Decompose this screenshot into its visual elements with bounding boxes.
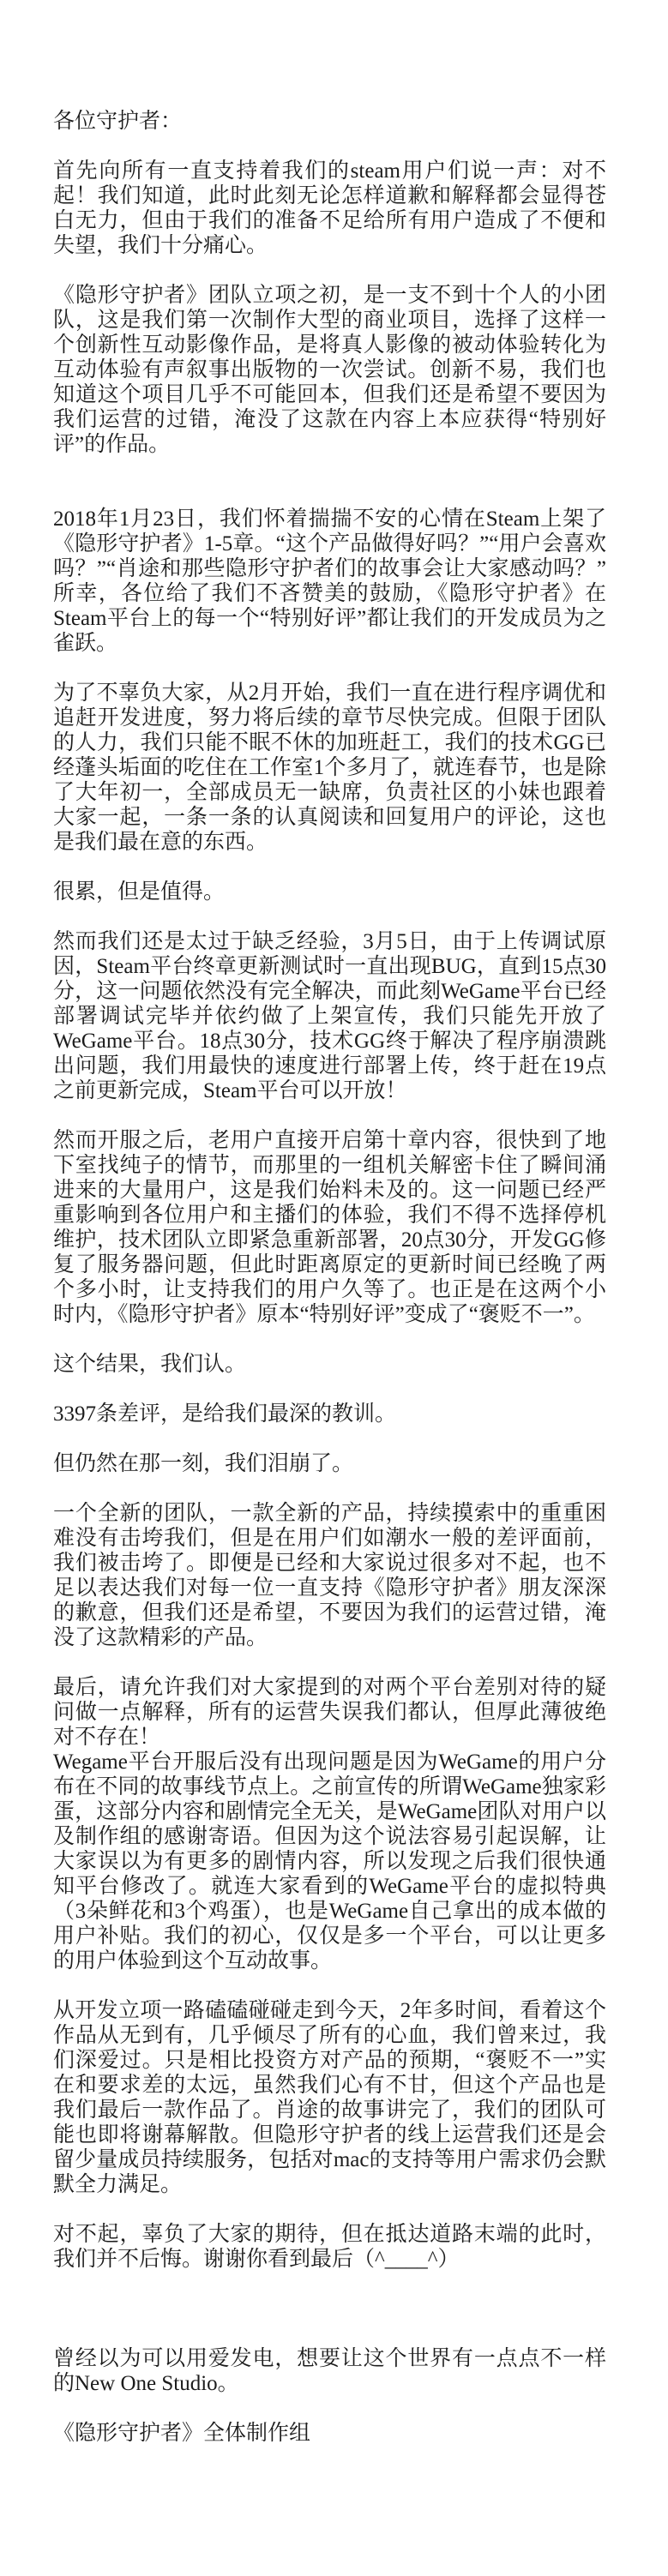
paragraph-team-origin: 《隐形守护者》团队立项之初，是一支不到十个人的小团队，这是我们第一次制作大型的商… (53, 283, 606, 457)
paragraph-platform-explanation: 最后，请允许我们对大家提到的对两个平台差别对待的疑问做一点解释，所有的运营失误我… (53, 1675, 606, 1973)
paragraph-we-cried: 但仍然在那一刻，我们泪崩了。 (53, 1451, 606, 1476)
studio-signature: 曾经以为可以用爱发电，想要让这个世界有一点点不一样的New One Studio… (53, 2346, 606, 2396)
team-signature: 《隐形守护者》全体制作组 (53, 2421, 606, 2446)
paragraph-we-accept: 这个结果，我们认。 (53, 1352, 606, 1377)
paragraph-steam-launch: 2018年1月23日，我们怀着揣揣不安的心情在Steam上架了《隐形守护者》1-… (53, 507, 606, 656)
paragraph-server-issue: 然而开服之后，老用户直接开启第十章内容，很快到了地下室找纯子的情节，而那里的一组… (53, 1128, 606, 1327)
paragraph-update-bug: 然而我们还是太过于缺乏经验，3月5日，由于上传调试原因，Steam平台终章更新测… (53, 929, 606, 1103)
paragraph-worth-it: 很累，但是值得。 (53, 880, 606, 904)
closing-thanks: 对不起，辜负了大家的期待，但在抵达道路末端的此时，我们并不后悔。谢谢你看到最后（… (53, 2222, 606, 2272)
salutation: 各位守护者： (53, 109, 606, 134)
paragraph-negative-reviews-count: 3397条差评，是给我们最深的教训。 (53, 1402, 606, 1426)
paragraph-overwhelmed: 一个全新的团队，一款全新的产品，持续摸索中的重重困难没有击垮我们，但是在用户们如… (53, 1501, 606, 1650)
paragraph-final-product: 从开发立项一路磕磕碰碰走到今天，2年多时间，看着这个作品从无到有，几乎倾尽了所有… (53, 1998, 606, 2197)
paragraph-intro-apology: 首先向所有一直支持着我们的steam用户们说一声：对不起！我们知道，此时此刻无论… (53, 159, 606, 258)
paragraph-crunch-work: 为了不辜负大家，从2月开始，我们一直在进行程序调优和追赶开发进度，努力将后续的章… (53, 681, 606, 855)
apology-letter: 各位守护者： 首先向所有一直支持着我们的steam用户们说一声：对不起！我们知道… (0, 0, 668, 2576)
